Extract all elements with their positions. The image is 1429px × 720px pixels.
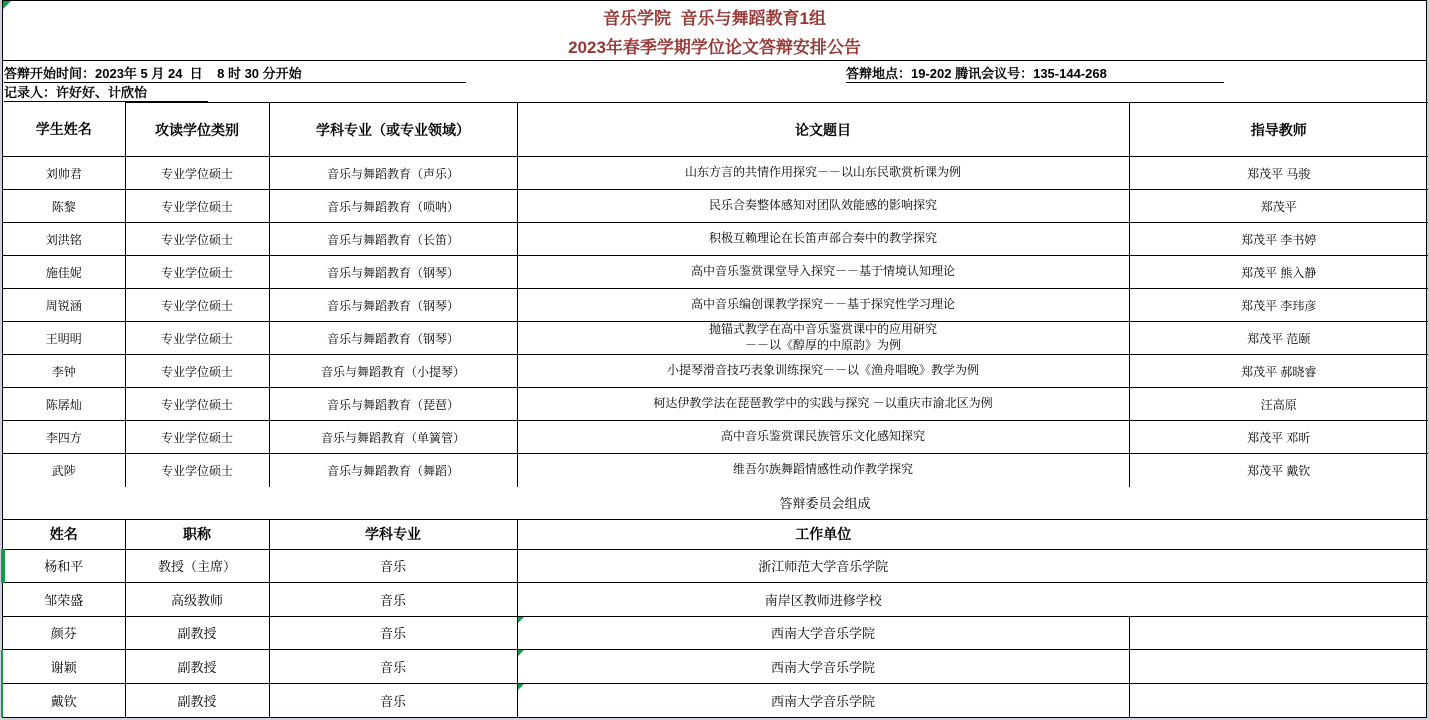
defense-info-area: 答辩开始时间：2023年 5 月 24 日 8 时 30 分开始 答辩地点：19… (3, 61, 1426, 102)
advisor-cell: 郑茂平 邓昕 (1129, 421, 1428, 454)
member-unit-text: 西南大学音乐学院 (771, 660, 875, 675)
defense-location: 答辩地点：19-202 腾讯会议号：135-144-268 (846, 63, 1224, 83)
member-unit-cell: 西南大学音乐学院 (517, 650, 1129, 684)
student-name-cell: 武陟 (3, 454, 125, 487)
committee-row: 戴钦 副教授 音乐 西南大学音乐学院 (3, 683, 1428, 717)
major-cell: 音乐与舞蹈教育（琵琶） (269, 388, 517, 421)
defense-row: 陈孱灿 专业学位硕士 音乐与舞蹈教育（琵琶） 柯达伊教学法在琵琶教学中的实践与探… (3, 388, 1428, 421)
student-name-cell: 王明明 (3, 322, 125, 355)
thesis-title-cell: 高中音乐鉴赏课堂导入探究－－基于情境认知理论 (517, 256, 1129, 289)
degree-cell: 专业学位硕士 (125, 388, 269, 421)
member-unit-cell: 南岸区教师进修学校 (517, 583, 1129, 617)
col-header-degree-type: 攻读学位类别 (125, 103, 269, 157)
col-header-discipline: 学科专业 (269, 519, 517, 549)
member-unit-cell: 西南大学音乐学院 (517, 616, 1129, 650)
degree-cell: 专业学位硕士 (125, 322, 269, 355)
member-name-cell: 杨和平 (3, 549, 125, 583)
advisor-cell: 郑茂平 熊入静 (1129, 256, 1428, 289)
major-cell: 音乐与舞蹈教育（舞蹈） (269, 454, 517, 487)
cell-flag-icon (518, 684, 524, 690)
member-title-cell: 副教授 (125, 650, 269, 684)
page-title-announcement: 2023年春季学期学位论文答辩安排公告 (3, 33, 1426, 58)
defense-row: 王明明 专业学位硕士 音乐与舞蹈教育（钢琴） 抛锚式教学在高中音乐鉴赏课中的应用… (3, 322, 1428, 355)
member-unit-text: 西南大学音乐学院 (771, 626, 875, 641)
major-cell: 音乐与舞蹈教育（唢呐） (269, 190, 517, 223)
degree-cell: 专业学位硕士 (125, 256, 269, 289)
member-title-cell: 教授（主席） (125, 549, 269, 583)
advisor-cell: 郑茂平 郝晓睿 (1129, 355, 1428, 388)
empty-cell (1129, 616, 1428, 650)
student-name-cell: 刘帅君 (3, 157, 125, 190)
defense-row: 武陟 专业学位硕士 音乐与舞蹈教育（舞蹈） 维吾尔族舞蹈情感性动作教学探究 郑茂… (3, 454, 1428, 487)
defense-row: 李钟 专业学位硕士 音乐与舞蹈教育（小提琴） 小提琴滑音技巧表象训练探究－－以《… (3, 355, 1428, 388)
empty-cell (1129, 683, 1428, 717)
row-edge-marker (1, 650, 3, 717)
member-unit-cell: 西南大学音乐学院 (517, 683, 1129, 717)
member-discipline-cell: 音乐 (269, 616, 517, 650)
defense-row: 周锐涵 专业学位硕士 音乐与舞蹈教育（钢琴） 高中音乐编创课教学探究－－基于探究… (3, 289, 1428, 322)
empty-cell (1129, 519, 1428, 549)
empty-cell (1129, 650, 1428, 684)
major-cell: 音乐与舞蹈教育（钢琴） (269, 322, 517, 355)
student-name-cell: 李钟 (3, 355, 125, 388)
row-selection-marker (1, 549, 5, 583)
thesis-title-cell: 积极互赖理论在长笛声部合奏中的教学探究 (517, 223, 1129, 256)
advisor-cell: 郑茂平 李书婷 (1129, 223, 1428, 256)
advisor-cell: 郑茂平 李玮彦 (1129, 289, 1428, 322)
spreadsheet-page: 音乐学院 音乐与舞蹈教育1组 2023年春季学期学位论文答辩安排公告 答辩开始时… (2, 0, 1427, 718)
defense-row: 李四方 专业学位硕士 音乐与舞蹈教育（单簧管） 高中音乐鉴赏课民族管乐文化感知探… (3, 421, 1428, 454)
member-title-cell: 高级教师 (125, 583, 269, 617)
sheet-corner-flag-icon (3, 1, 11, 9)
thesis-title-cell: 高中音乐鉴赏课民族管乐文化感知探究 (517, 421, 1129, 454)
defense-recorder: 记录人：许好好、计欣怡 (4, 82, 208, 102)
committee-row: 杨和平 教授（主席） 音乐 浙江师范大学音乐学院 (3, 549, 1428, 583)
member-name-cell: 颜芬 (3, 616, 125, 650)
cell-flag-icon (518, 650, 524, 656)
member-discipline-cell: 音乐 (269, 683, 517, 717)
major-cell: 音乐与舞蹈教育（小提琴） (269, 355, 517, 388)
degree-cell: 专业学位硕士 (125, 355, 269, 388)
member-name-cell: 戴钦 (3, 683, 125, 717)
advisor-cell: 郑茂平 范颐 (1129, 322, 1428, 355)
page-title-group: 音乐学院 音乐与舞蹈教育1组 (3, 4, 1426, 29)
col-header-work-unit: 工作单位 (517, 519, 1129, 549)
defense-schedule-table: 学生姓名 攻读学位类别 学科专业（或专业领域） 论文题目 指导教师 刘帅君 专业… (3, 102, 1428, 487)
member-unit-text: 西南大学音乐学院 (771, 694, 875, 709)
col-header-thesis-title: 论文题目 (517, 103, 1129, 157)
col-header-title: 职称 (125, 519, 269, 549)
major-cell: 音乐与舞蹈教育（钢琴） (269, 256, 517, 289)
member-discipline-cell: 音乐 (269, 549, 517, 583)
committee-row: 颜芬 副教授 音乐 西南大学音乐学院 (3, 616, 1428, 650)
member-discipline-cell: 音乐 (269, 583, 517, 617)
major-cell: 音乐与舞蹈教育（钢琴） (269, 289, 517, 322)
degree-cell: 专业学位硕士 (125, 289, 269, 322)
advisor-cell: 郑茂平 马骏 (1129, 157, 1428, 190)
col-header-major: 学科专业（或专业领域） (269, 103, 517, 157)
member-title-cell: 副教授 (125, 616, 269, 650)
degree-cell: 专业学位硕士 (125, 421, 269, 454)
major-cell: 音乐与舞蹈教育（单簧管） (269, 421, 517, 454)
student-name-cell: 周锐涵 (3, 289, 125, 322)
committee-row: 谢颖 副教授 音乐 西南大学音乐学院 (3, 650, 1428, 684)
member-title-cell: 副教授 (125, 683, 269, 717)
advisor-cell: 汪高原 (1129, 388, 1428, 421)
empty-cell (1129, 583, 1428, 617)
thesis-title-cell: 抛锚式教学在高中音乐鉴赏课中的应用研究 －－以《醇厚的中原韵》为例 (517, 322, 1129, 355)
student-name-cell: 刘洪铭 (3, 223, 125, 256)
empty-cell (1129, 549, 1428, 583)
committee-header-row: 姓名 职称 学科专业 工作单位 (3, 519, 1428, 549)
document-title-block: 音乐学院 音乐与舞蹈教育1组 2023年春季学期学位论文答辩安排公告 (3, 1, 1426, 61)
member-discipline-cell: 音乐 (269, 650, 517, 684)
defense-row: 刘帅君 专业学位硕士 音乐与舞蹈教育（声乐） 山东方言的共情作用探究－－以山东民… (3, 157, 1428, 190)
major-cell: 音乐与舞蹈教育（声乐） (269, 157, 517, 190)
student-name-cell: 陈黎 (3, 190, 125, 223)
col-header-student-name: 学生姓名 (3, 103, 125, 157)
defense-start-time: 答辩开始时间：2023年 5 月 24 日 8 时 30 分开始 (4, 63, 466, 83)
committee-table: 姓名 职称 学科专业 工作单位 杨和平 教授（主席） 音乐 浙江师范大学音乐学院… (3, 519, 1428, 717)
degree-cell: 专业学位硕士 (125, 223, 269, 256)
degree-cell: 专业学位硕士 (125, 190, 269, 223)
member-name-cell: 邹荣盛 (3, 583, 125, 617)
col-header-advisor: 指导教师 (1129, 103, 1428, 157)
committee-row: 邹荣盛 高级教师 音乐 南岸区教师进修学校 (3, 583, 1428, 617)
cell-flag-icon (518, 617, 524, 623)
student-name-cell: 李四方 (3, 421, 125, 454)
degree-cell: 专业学位硕士 (125, 157, 269, 190)
thesis-title-cell: 民乐合奏整体感知对团队效能感的影响探究 (517, 190, 1129, 223)
defense-table-header-row: 学生姓名 攻读学位类别 学科专业（或专业领域） 论文题目 指导教师 (3, 103, 1428, 157)
thesis-title-cell: 维吾尔族舞蹈情感性动作教学探究 (517, 454, 1129, 487)
student-name-cell: 施佳妮 (3, 256, 125, 289)
defense-row: 施佳妮 专业学位硕士 音乐与舞蹈教育（钢琴） 高中音乐鉴赏课堂导入探究－－基于情… (3, 256, 1428, 289)
student-name-cell: 陈孱灿 (3, 388, 125, 421)
advisor-cell: 郑茂平 (1129, 190, 1428, 223)
thesis-title-cell: 高中音乐编创课教学探究－－基于探究性学习理论 (517, 289, 1129, 322)
defense-row: 刘洪铭 专业学位硕士 音乐与舞蹈教育（长笛） 积极互赖理论在长笛声部合奏中的教学… (3, 223, 1428, 256)
thesis-title-cell: 山东方言的共情作用探究－－以山东民歌赏析课为例 (517, 157, 1129, 190)
member-name-cell: 谢颖 (3, 650, 125, 684)
advisor-cell: 郑茂平 戴钦 (1129, 454, 1428, 487)
defense-row: 陈黎 专业学位硕士 音乐与舞蹈教育（唢呐） 民乐合奏整体感知对团队效能感的影响探… (3, 190, 1428, 223)
degree-cell: 专业学位硕士 (125, 454, 269, 487)
committee-section-title: 答辩委员会组成 (519, 487, 1131, 519)
thesis-title-cell: 柯达伊教学法在琵琶教学中的实践与探究 －以重庆市渝北区为例 (517, 388, 1129, 421)
col-header-name: 姓名 (3, 519, 125, 549)
thesis-title-cell: 小提琴滑音技巧表象训练探究－－以《渔舟唱晚》教学为例 (517, 355, 1129, 388)
member-unit-cell: 浙江师范大学音乐学院 (517, 549, 1129, 583)
major-cell: 音乐与舞蹈教育（长笛） (269, 223, 517, 256)
committee-section-band: 答辩委员会组成 (3, 487, 1426, 519)
